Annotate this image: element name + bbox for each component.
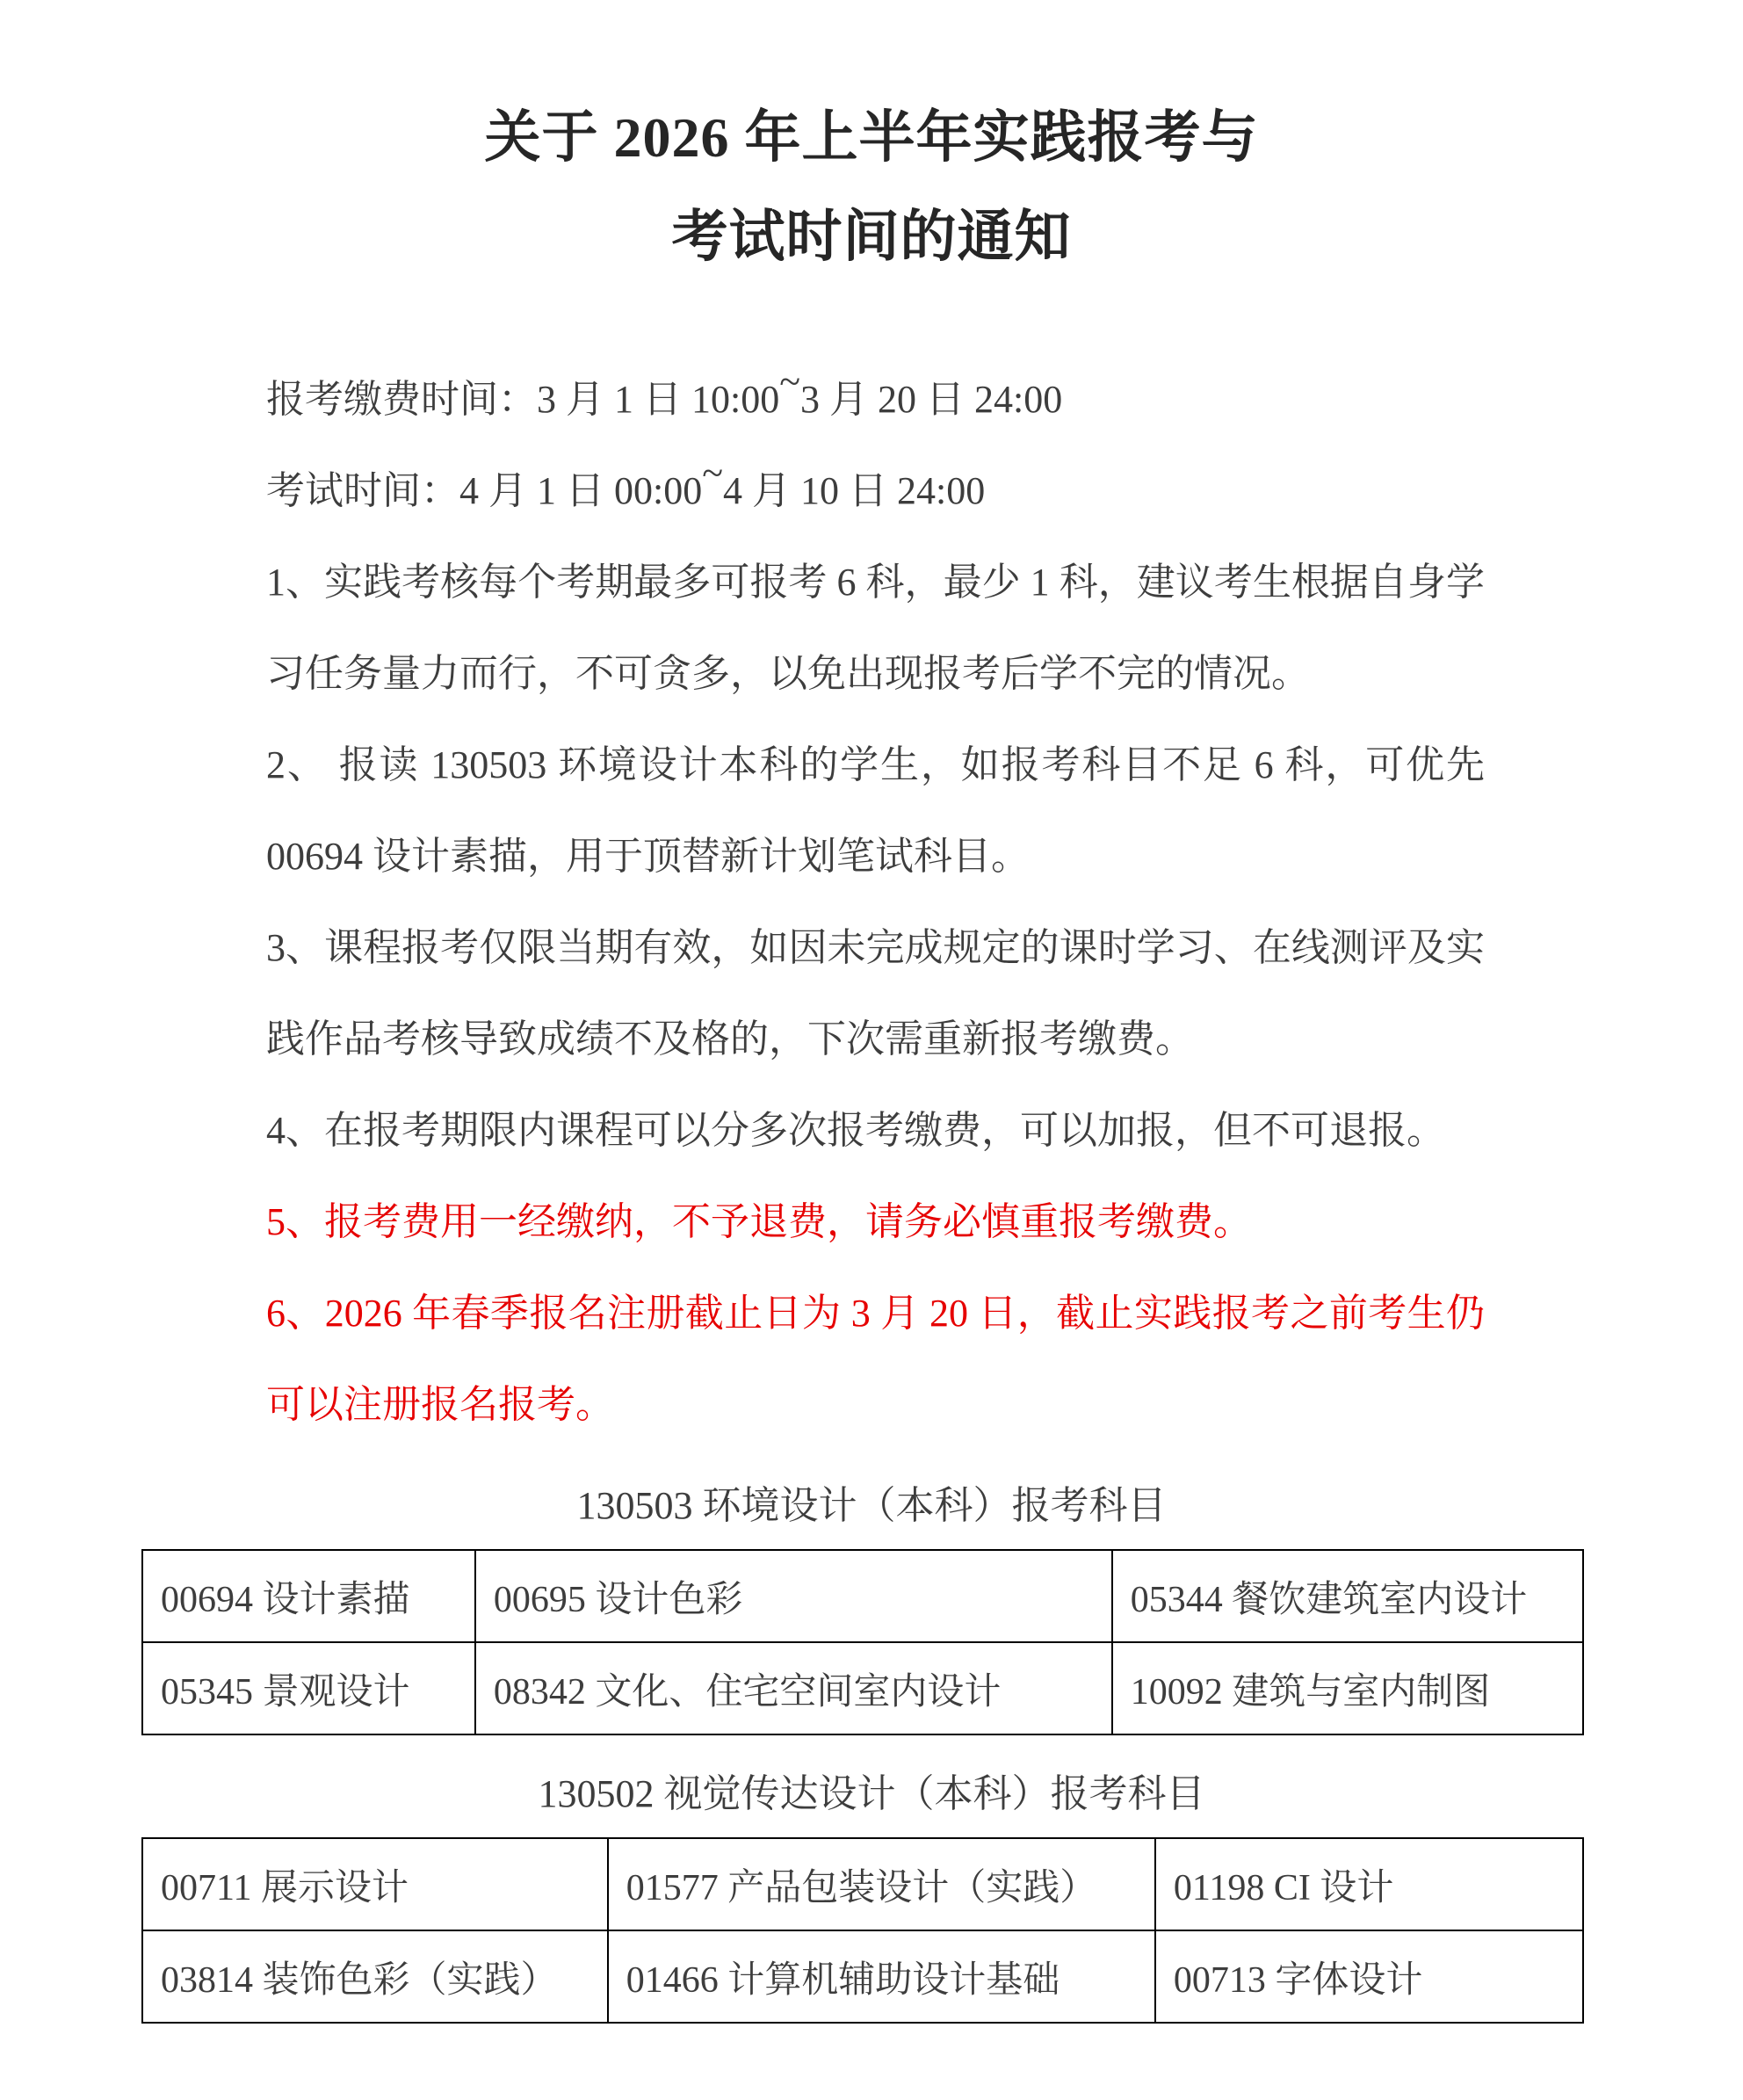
course-cell: 08342 文化、住宅空间室内设计 xyxy=(475,1642,1112,1734)
exam-time-start: 考试时间：4 月 1 日 00:00 xyxy=(266,469,702,512)
notice-item-6: 6、2026 年春季报名注册截止日为 3 月 20 日，截止实践报考之前考生仍可… xyxy=(266,1268,1485,1451)
notice-item-3: 3、课程报考仅限当期有效，如因未完成规定的课时学习、在线测评及实践作品考核导致成… xyxy=(266,902,1485,1085)
course-cell: 00695 设计色彩 xyxy=(475,1550,1112,1642)
course-cell: 01466 计算机辅助设计基础 xyxy=(608,1930,1155,2023)
exam-time-end: 4 月 10 日 24:00 xyxy=(723,469,985,512)
table2-caption: 130502 视觉传达设计（本科）报考科目 xyxy=(0,1762,1743,1818)
course-cell: 00694 设计素描 xyxy=(142,1550,475,1642)
course-cell: 03814 装饰色彩（实践） xyxy=(142,1930,608,2023)
table-130503-courses: 00694 设计素描 00695 设计色彩 05344 餐饮建筑室内设计 053… xyxy=(141,1549,1584,1735)
course-cell: 00711 展示设计 xyxy=(142,1838,608,1930)
course-cell: 01577 产品包装设计（实践） xyxy=(608,1838,1155,1930)
table-row: 05345 景观设计 08342 文化、住宅空间室内设计 10092 建筑与室内… xyxy=(142,1642,1583,1734)
notice-body: 报考缴费时间：3 月 1 日 10:00~3 月 20 日 24:00 考试时间… xyxy=(266,354,1485,1451)
table-row: 00711 展示设计 01577 产品包装设计（实践） 01198 CI 设计 xyxy=(142,1838,1583,1930)
table1-caption: 130503 环境设计（本科）报考科目 xyxy=(0,1474,1743,1530)
tilde-separator: ~ xyxy=(779,337,800,428)
notice-title-line2: 考试时间的通知 xyxy=(672,206,1072,268)
registration-time-start: 报考缴费时间：3 月 1 日 10:00 xyxy=(266,378,779,421)
notice-item-4: 4、在报考期限内课程可以分多次报考缴费，可以加报，但不可退报。 xyxy=(266,1085,1485,1177)
notice-item-2: 2、 报读 130503 环境设计本科的学生，如报考科目不足 6 科，可优先 0… xyxy=(266,720,1485,902)
notice-item-5: 5、报考费用一经缴纳，不予退费，请务必慎重报考缴费。 xyxy=(266,1177,1485,1268)
notice-item-1: 1、实践考核每个考期最多可报考 6 科，最少 1 科，建议考生根据自身学习任务量… xyxy=(266,537,1485,720)
notice-document: 关于 2026 年上半年实践报考与 考试时间的通知 报考缴费时间：3 月 1 日… xyxy=(0,0,1743,2100)
table-130502-courses: 00711 展示设计 01577 产品包装设计（实践） 01198 CI 设计 … xyxy=(141,1837,1584,2024)
para-registration-time: 报考缴费时间：3 月 1 日 10:00~3 月 20 日 24:00 xyxy=(266,354,1485,445)
table-row: 00694 设计素描 00695 设计色彩 05344 餐饮建筑室内设计 xyxy=(142,1550,1583,1642)
table-row: 03814 装饰色彩（实践） 01466 计算机辅助设计基础 00713 字体设… xyxy=(142,1930,1583,2023)
course-cell: 01198 CI 设计 xyxy=(1155,1838,1583,1930)
notice-title-line1: 关于 2026 年上半年实践报考与 xyxy=(485,106,1259,169)
course-cell: 05344 餐饮建筑室内设计 xyxy=(1112,1550,1583,1642)
para-exam-time: 考试时间：4 月 1 日 00:00~4 月 10 日 24:00 xyxy=(266,445,1485,537)
tilde-separator: ~ xyxy=(702,428,723,519)
registration-time-end: 3 月 20 日 24:00 xyxy=(800,378,1062,421)
course-cell: 00713 字体设计 xyxy=(1155,1930,1583,2023)
course-cell: 05345 景观设计 xyxy=(142,1642,475,1734)
notice-title: 关于 2026 年上半年实践报考与 考试时间的通知 xyxy=(0,88,1743,286)
course-cell: 10092 建筑与室内制图 xyxy=(1112,1642,1583,1734)
